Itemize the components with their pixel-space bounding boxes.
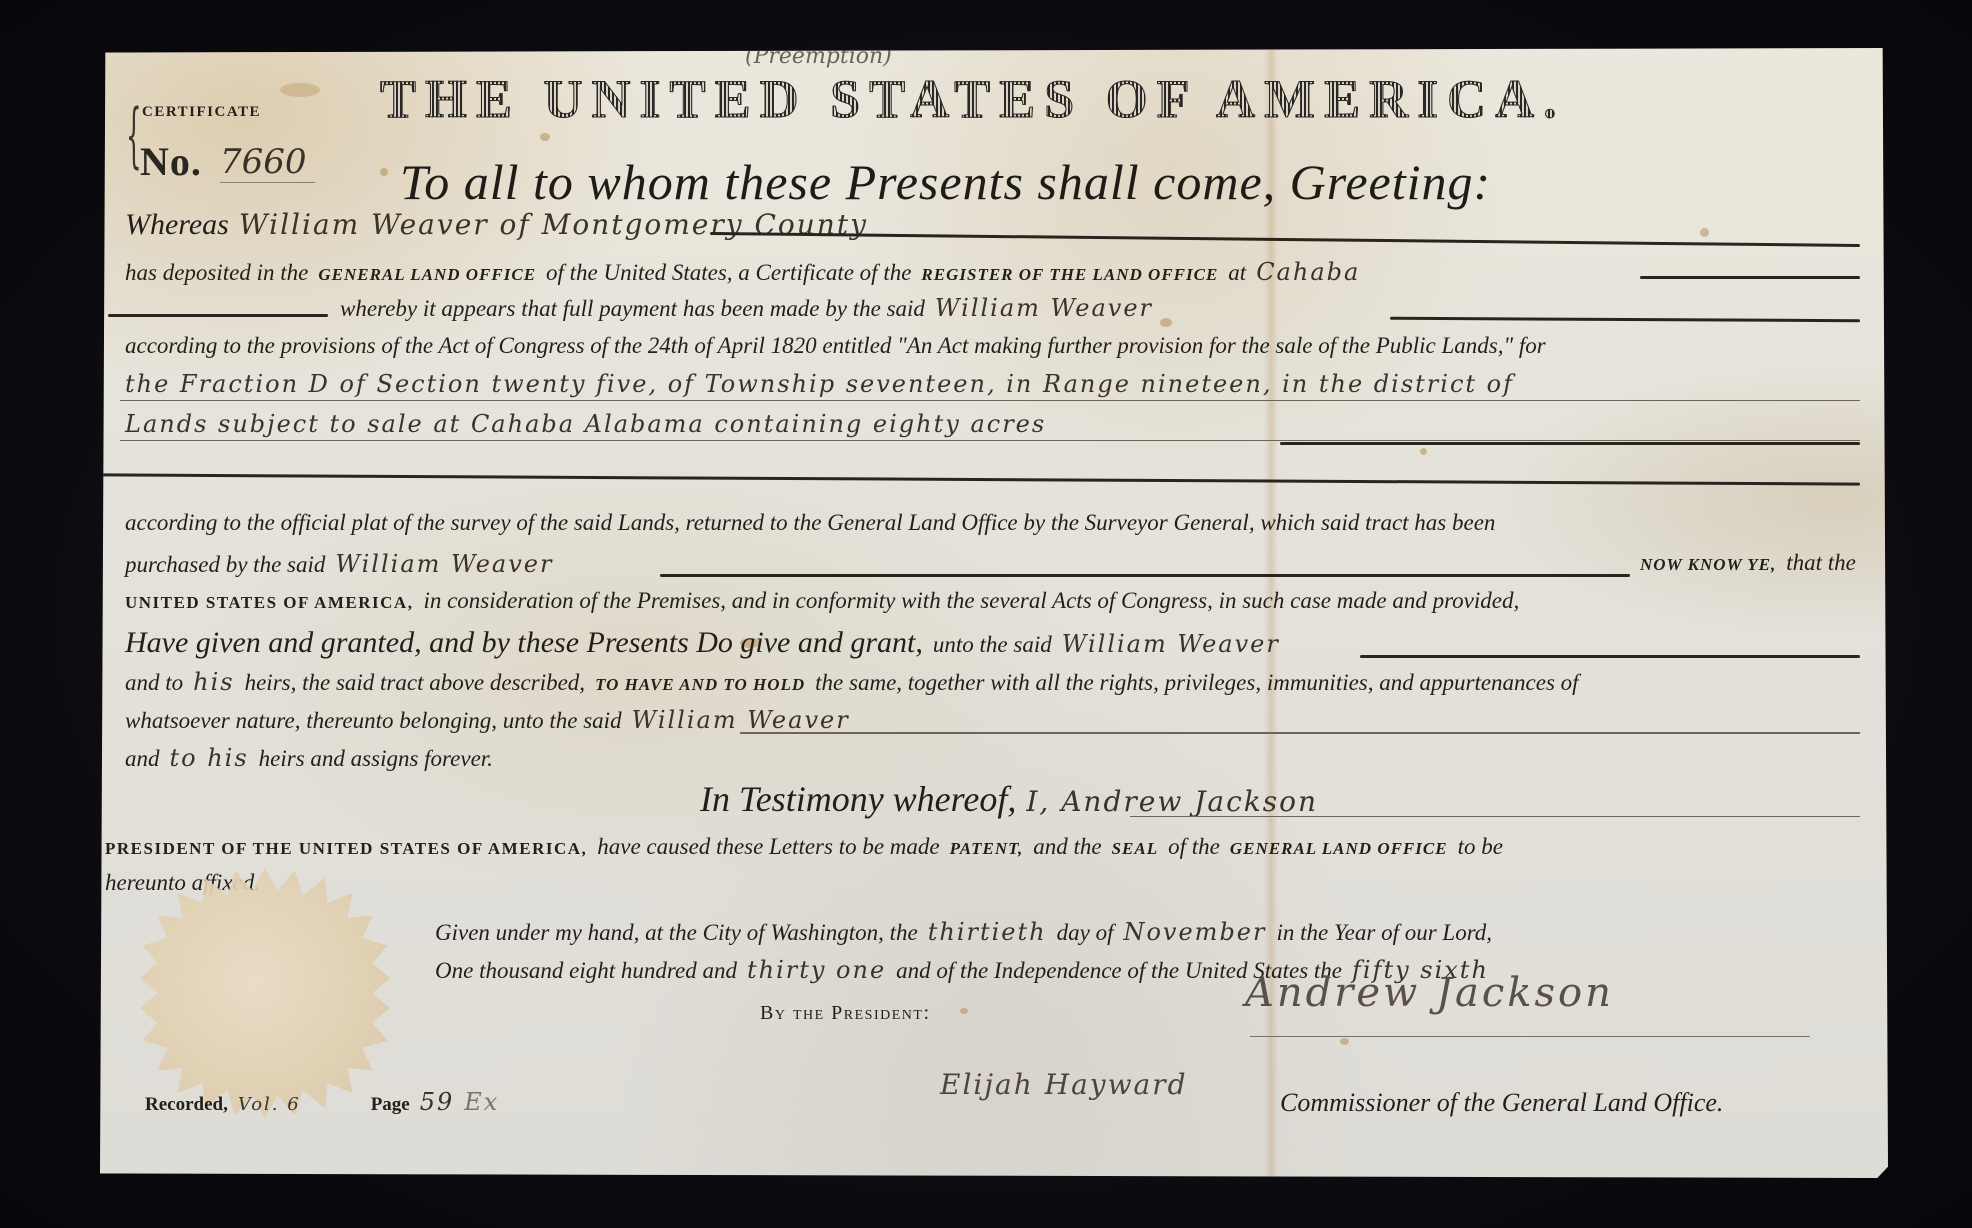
body-text: has deposited in the [125, 260, 308, 286]
body-line-whereas: Whereas William Weaver of Montgomery Cou… [125, 208, 868, 242]
land-patent-document: (Preemption) { CERTIFICATE No. 7660 THE … [100, 48, 1888, 1178]
foxing-stain [280, 83, 320, 97]
body-text: in consideration of the Premises, and in… [423, 588, 1519, 614]
grantee-name: William Weaver [335, 550, 553, 578]
body-text: in the Year of our Lord, [1276, 920, 1492, 946]
body-text: of the United States, a Certificate of t… [546, 260, 911, 286]
body-line-official-plat: according to the official plat of the su… [125, 510, 1495, 536]
body-line-assigns: and to his heirs and assigns forever. [125, 744, 493, 772]
body-text: heirs, the said tract above described, [245, 670, 585, 696]
body-caps: PRESIDENT OF THE UNITED STATES OF AMERIC… [105, 839, 587, 859]
body-text: the same, together with all the rights, … [815, 670, 1578, 696]
body-line-consideration: UNITED STATES OF AMERICA, in considerati… [125, 588, 1519, 614]
body-line-act-of-congress: according to the provisions of the Act o… [125, 333, 1546, 359]
foxing-stain [960, 1008, 968, 1014]
ruled-line [120, 440, 1860, 441]
body-text: day of [1057, 920, 1114, 946]
fill-rule [660, 574, 1630, 577]
certificate-number: 7660 [220, 142, 315, 183]
year-value: thirty one [747, 956, 886, 984]
land-office-location: Cahaba [1256, 258, 1360, 286]
foxing-stain [380, 168, 388, 176]
body-line-whatsoever: whatsoever nature, thereunto belonging, … [125, 706, 850, 734]
document-title: THE UNITED STATES OF AMERICA. [380, 68, 1566, 130]
signature-flourish [1250, 1036, 1810, 1037]
fill-rule [740, 732, 1860, 734]
body-text: and [125, 746, 160, 772]
foxing-stain [1340, 1038, 1349, 1045]
body-text: and the [1033, 834, 1101, 860]
body-line-grant: Have given and granted, and by these Pre… [125, 626, 1280, 660]
body-text: at [1228, 260, 1246, 286]
by-the-president-label: By the President: [760, 1002, 931, 1025]
fill-rule [1280, 442, 1860, 445]
body-text: have caused these Letters to be made [597, 834, 939, 860]
commissioner-signature: Elijah Hayward [940, 1068, 1188, 1101]
president-signature: Andrew Jackson [1245, 970, 1614, 1016]
body-text: to be [1458, 834, 1503, 860]
body-line-payment: whereby it appears that full payment has… [340, 294, 1153, 322]
body-text: purchased by the said [125, 552, 325, 578]
fill-rule [710, 232, 1860, 247]
grantee-name: William Weaver [632, 706, 850, 734]
land-description: Lands subject to sale at Cahaba Alabama … [125, 410, 1046, 438]
body-caps: REGISTER OF THE LAND OFFICE [921, 265, 1218, 285]
body-line-to-have-and-hold: and to his heirs, the said tract above d… [125, 668, 1579, 696]
testimony-patent-line: PRESIDENT OF THE UNITED STATES OF AMERIC… [105, 834, 1503, 860]
given-line-1: Given under my hand, at the City of Wash… [435, 918, 1492, 946]
greeting: To all to whom these Presents shall come… [400, 153, 1491, 211]
fill-rule [1640, 276, 1860, 279]
body-text: unto the said [933, 632, 1052, 658]
day-value: thirtieth [928, 918, 1047, 946]
recorded-line: Recorded, Vol. 6 Page 59 Ex [145, 1088, 499, 1116]
foxing-stain [1160, 318, 1172, 327]
body-text: according to the official plat of the su… [125, 510, 1495, 536]
body-caps: GENERAL LAND OFFICE [1230, 839, 1448, 859]
month-value: November [1123, 918, 1266, 946]
body-text: whereby it appears that full payment has… [340, 296, 925, 322]
body-line-deposited: has deposited in the GENERAL LAND OFFICE… [125, 258, 1360, 286]
body-caps: PATENT, [950, 839, 1024, 859]
commissioner-title: Commissioner of the General Land Office. [1280, 1088, 1723, 1118]
whereas-label: Whereas [125, 208, 229, 242]
land-description: the Fraction D of Section twenty five, o… [125, 370, 1514, 398]
president-name: I, Andrew Jackson [1026, 785, 1318, 818]
fill-rule [100, 473, 1860, 485]
certificate-number-prefix: No. [140, 138, 202, 185]
fill-rule [108, 314, 328, 317]
grantee-name: William Weaver [935, 294, 1153, 322]
page-note: Ex [464, 1088, 499, 1116]
body-text: whatsoever nature, thereunto belonging, … [125, 708, 622, 734]
ruled-line [120, 400, 1860, 401]
body-text: according to the provisions of the Act o… [125, 333, 1546, 359]
land-description-line-b: Lands subject to sale at Cahaba Alabama … [125, 410, 1046, 438]
fill-rule [1390, 317, 1860, 322]
fill-rule [1360, 655, 1860, 658]
grantee-and-county: William Weaver of Montgomery County [239, 208, 868, 241]
page-value: 59 [420, 1088, 455, 1116]
foxing-stain [540, 133, 550, 141]
body-caps: GENERAL LAND OFFICE [318, 265, 536, 285]
pronoun: his [193, 668, 234, 696]
body-caps: TO HAVE AND TO HOLD [595, 675, 805, 695]
body-line-purchased: purchased by the said William Weaver [125, 550, 553, 578]
body-caps: SEAL [1112, 839, 1159, 859]
pronoun: to his [170, 744, 249, 772]
body-text: and to [125, 670, 183, 696]
recorded-label: Recorded, [145, 1094, 228, 1116]
body-text: One thousand eight hundred and [435, 958, 737, 984]
body-text: of the [1168, 834, 1220, 860]
testimony-line: In Testimony whereof, I, Andrew Jackson [700, 778, 1318, 820]
grant-clause: Have given and granted, and by these Pre… [125, 626, 923, 660]
body-text: Given under my hand, at the City of Wash… [435, 920, 918, 946]
page-label: Page [371, 1094, 410, 1116]
paper-wafer-seal [140, 868, 390, 1118]
grantee-name: William Weaver [1062, 630, 1280, 658]
certificate-label: CERTIFICATE [142, 104, 261, 121]
body-text: heirs and assigns forever. [259, 746, 493, 772]
land-description-line-a: the Fraction D of Section twenty five, o… [125, 370, 1514, 398]
foxing-stain [1700, 228, 1709, 237]
now-know-ye: NOW KNOW YE, that the [1640, 550, 1856, 576]
recorded-volume: Vol. 6 [238, 1094, 301, 1115]
body-caps: NOW KNOW YE, [1640, 555, 1776, 575]
body-text: that the [1786, 550, 1856, 576]
foxing-stain [1420, 448, 1427, 455]
ruled-line [1130, 816, 1860, 817]
testimony-lead: In Testimony whereof, [700, 778, 1016, 820]
body-caps: UNITED STATES OF AMERICA, [125, 593, 413, 613]
